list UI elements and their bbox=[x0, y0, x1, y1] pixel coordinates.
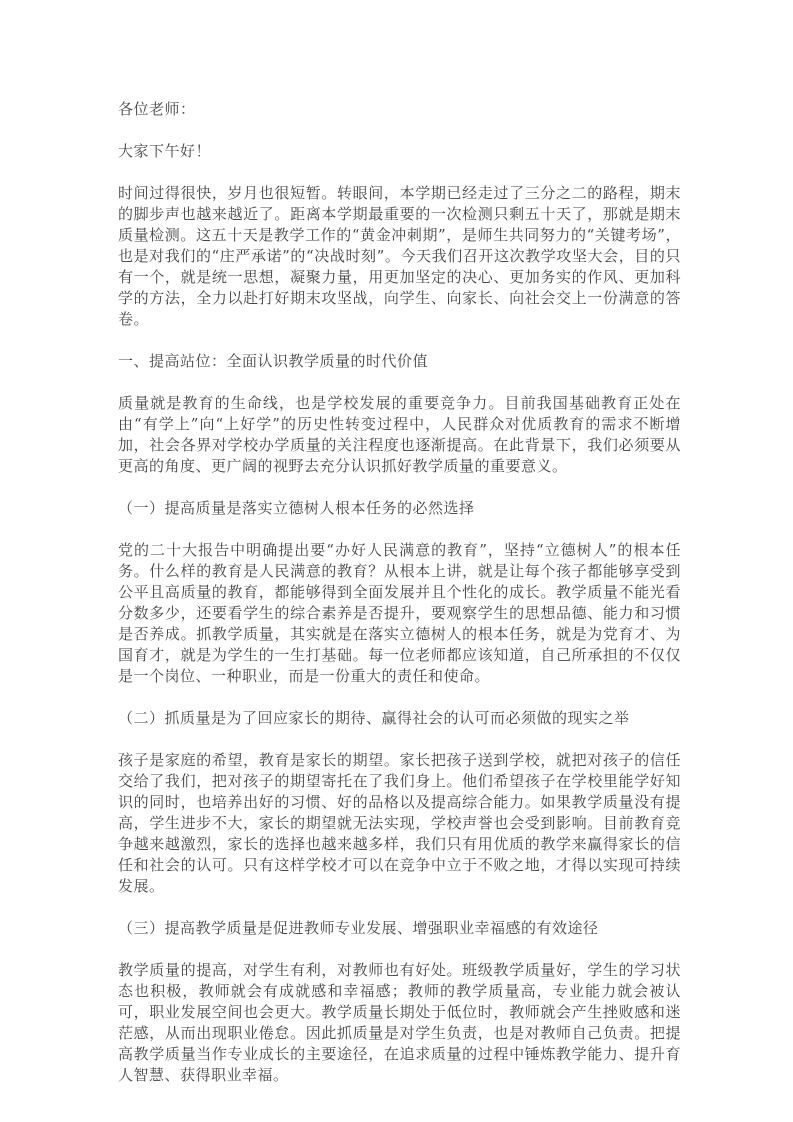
document-page: 各位老师： 大家下午好！ 时间过得很快，岁月也很短暂。转眼间，本学期已经走过了三… bbox=[0, 0, 793, 1122]
subsection-heading-1-3: （三）提高教学质量是促进教师专业发展、增强职业幸福感的有效途径 bbox=[118, 918, 681, 939]
subsection-1-2-paragraph: 孩子是家庭的希望，教育是家长的期望。家长把孩子送到学校，就把对孩子的信任交给了我… bbox=[118, 750, 681, 897]
subsection-1-1-paragraph: 党的二十大报告中明确提出要“办好人民满意的教育”，坚持“立德树人”的根本任务。什… bbox=[118, 540, 681, 687]
subsection-1-3-paragraph: 教学质量的提高，对学生有利，对教师也有好处。班级教学质量好，学生的学习状态也积极… bbox=[118, 960, 681, 1086]
section-1-paragraph: 质量就是教育的生命线，也是学校发展的重要竞争力。目前我国基础教育正处在由“有学上… bbox=[118, 393, 681, 477]
subsection-heading-1-2: （二）抓质量是为了回应家长的期待、赢得社会的认可而必须做的现实之举 bbox=[118, 708, 681, 729]
salutation: 各位老师： bbox=[118, 99, 681, 120]
greeting: 大家下午好！ bbox=[118, 141, 681, 162]
subsection-heading-1-1: （一）提高质量是落实立德树人根本任务的必然选择 bbox=[118, 498, 681, 519]
intro-paragraph: 时间过得很快，岁月也很短暂。转眼间，本学期已经走过了三分之二的路程，期末的脚步声… bbox=[118, 183, 681, 330]
document-body: 各位老师： 大家下午好！ 时间过得很快，岁月也很短暂。转眼间，本学期已经走过了三… bbox=[118, 99, 681, 1086]
section-heading-1: 一、提高站位：全面认识教学质量的时代价值 bbox=[118, 351, 681, 372]
